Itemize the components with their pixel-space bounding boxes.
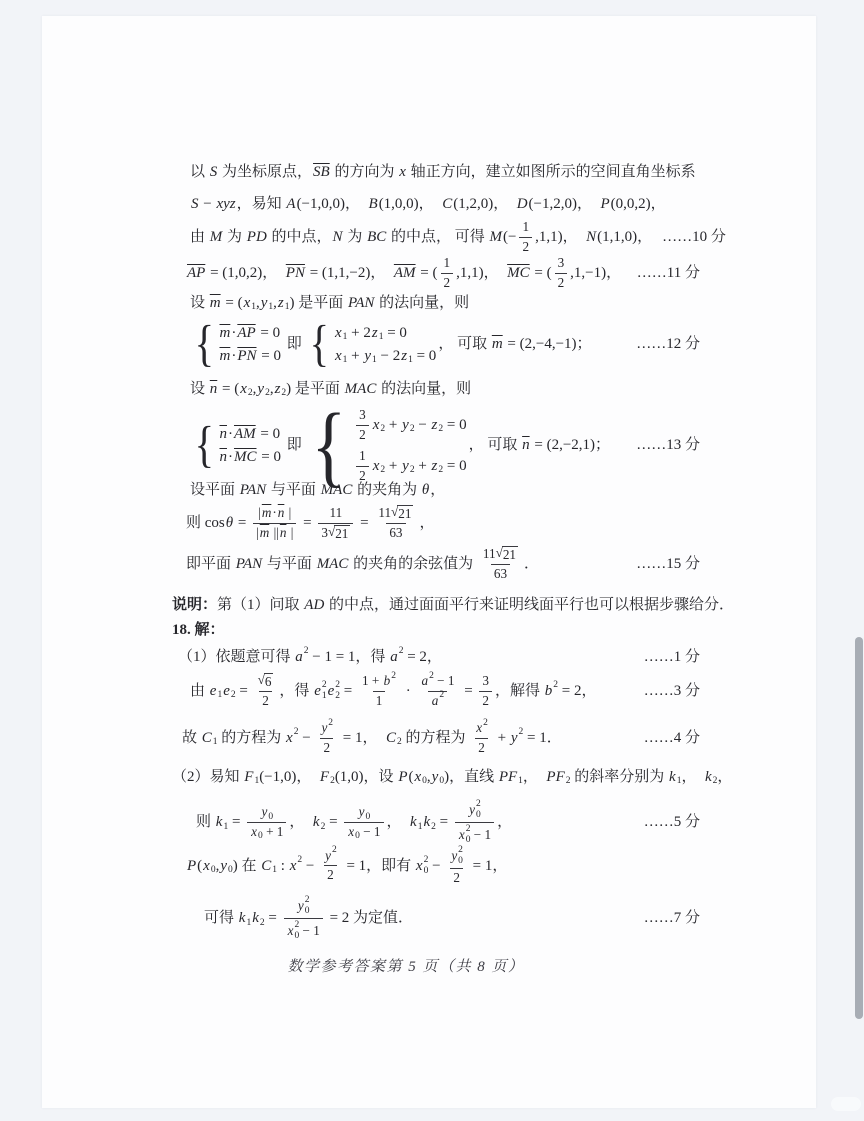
equation-system: {n·AM = 0n·MC = 0: [192, 420, 281, 471]
left-brace: {: [310, 319, 330, 370]
vector-overline: n: [279, 525, 288, 542]
fraction: x22: [472, 719, 491, 757]
vector-overline: MC: [506, 263, 531, 283]
document-viewer: 以 S 为坐标原点，SB 的方向为 x 轴正方向，建立如图所示的空间直角坐标系S…: [0, 0, 864, 1121]
left-brace: {: [194, 420, 214, 471]
vector-overline: m: [491, 334, 504, 354]
square-root: √21: [328, 525, 350, 542]
page-footer: 数学参考答案第 5 页（共 8 页）: [242, 955, 570, 976]
line-normal-n-setup: 设 n = (x2,y2,z2) 是平面 MAC 的法向量，则: [190, 379, 700, 399]
vector-overline: n: [209, 379, 219, 399]
vector-overline: m: [261, 505, 273, 522]
line-cos-theta: 则 cosθ = |m·n ||m ||n | = 113√21 = 11√21…: [186, 504, 700, 542]
fraction: |m·n ||m ||n |: [253, 504, 296, 542]
equation-system: {m·AP = 0m·PN = 0: [192, 319, 281, 370]
fraction: 32: [479, 672, 492, 710]
line-angle-setup: 设平面 PAN 与平面 MAC 的夹角为 θ，: [190, 480, 700, 500]
score-marker: ……3 分: [634, 681, 700, 701]
line-18-2-slopes: 则 k1 = y0x0 + 1， k2 = y0x0 − 1， k1k2 = y…: [196, 798, 700, 847]
left-brace: {: [194, 319, 214, 370]
score-marker: ……1 分: [634, 647, 700, 667]
line-problem-18: 18. 解：: [172, 620, 700, 640]
vector-overline: n: [521, 435, 531, 455]
score-marker: ……4 分: [634, 728, 700, 748]
line-vectors: AP = (1,0,2)， PN = (1,1,−2)， AM = (12,1,…: [186, 254, 700, 292]
square-root: √21: [496, 546, 518, 563]
fraction: y202: [447, 844, 466, 887]
line-18-1-equations: 故 C1 的方程为 x2 − y22 = 1， C2 的方程为 x22 + y2…: [182, 719, 700, 757]
fraction: 11√2163: [375, 504, 416, 542]
line-18-1-e1e2: 由 e1e2 = √62，得 e21e22 = 1 + b21 · a2 − 1…: [190, 672, 700, 710]
vector-overline: n: [218, 424, 228, 444]
square-root: √21: [391, 505, 413, 522]
score-marker: ……15 分: [626, 554, 700, 574]
fraction: 1 + b21: [359, 672, 399, 710]
fraction: y22: [317, 719, 336, 757]
vector-overline: AM: [393, 263, 417, 283]
line-remark: 说明：第（1）问取 AD 的中点，通过面面平行来证明线面平行也可以根据步骤给分．: [172, 595, 700, 615]
scrollbar-corner: [831, 1097, 861, 1111]
line-midpoints: 由 M 为 PD 的中点，N 为 BC 的中点， 可得 M(−12,1,1)， …: [190, 218, 700, 256]
score-marker: ……13 分: [626, 435, 700, 455]
vector-overline: AM: [233, 424, 257, 444]
line-18-2-constant: 可得 k1k2 = y20x20 − 1 = 2 为定值．……7 分: [204, 894, 700, 943]
line-normal-m-system: {m·AP = 0m·PN = 0 即 {x1 + 2z1 = 0x1 + y1…: [190, 319, 700, 370]
line-coord-system: 以 S 为坐标原点，SB 的方向为 x 轴正方向，建立如图所示的空间直角坐标系: [190, 162, 700, 182]
fraction: a2 − 1a2: [417, 672, 457, 710]
line-point-coords: S − xyz，易知 A(−1,0,0)， B(1,0,0)， C(1,2,0)…: [190, 194, 700, 214]
line-normal-n-system: {n·AM = 0n·MC = 0 即 {32x2 + y2 − z2 = 01…: [190, 400, 700, 491]
line-cos-conclusion: 即平面 PAN 与平面 MAC 的夹角的余弦值为 11√2163．……15 分: [186, 545, 700, 583]
fraction: y20x20 − 1: [284, 894, 323, 943]
vector-overline: AP: [186, 263, 206, 283]
fraction: 12: [519, 218, 532, 256]
fraction: 113√21: [318, 504, 353, 542]
vector-overline: m: [218, 346, 231, 366]
square-root: √6: [258, 673, 274, 690]
vector-overline: MC: [233, 447, 258, 467]
vector-overline: PN: [285, 263, 306, 283]
fraction: 11√2163: [480, 545, 521, 583]
fraction: y0x0 − 1: [344, 803, 383, 841]
vertical-scrollbar-thumb[interactable]: [855, 637, 863, 1019]
fraction: y0x0 + 1: [247, 803, 286, 841]
vector-overline: m: [209, 293, 222, 313]
fraction: 12: [441, 254, 454, 292]
vector-overline: n: [277, 505, 286, 522]
vector-overline: PN: [236, 346, 257, 366]
vector-overline: SB: [312, 162, 331, 182]
fraction: y20x20 − 1: [455, 798, 494, 847]
line-18-1-a: （1）依题意可得 a2 − 1 = 1，得 a2 = 2，……1 分: [178, 647, 700, 667]
page: 以 S 为坐标原点，SB 的方向为 x 轴正方向，建立如图所示的空间直角坐标系S…: [42, 16, 816, 1108]
equation-system: {32x2 + y2 − z2 = 012x2 + y2 + z2 = 0: [307, 400, 466, 491]
score-marker: ……12 分: [626, 334, 700, 354]
score-marker: ……5 分: [634, 812, 700, 832]
score-marker: ……10 分: [652, 227, 726, 247]
vector-overline: m: [218, 323, 231, 343]
score-marker: ……7 分: [634, 908, 700, 928]
vector-overline: n: [218, 447, 228, 467]
fraction: 32: [555, 254, 568, 292]
line-18-2-on-curve: P(x0,y0) 在 C1 : x2 − y22 = 1，即有 x20 − y2…: [186, 844, 700, 887]
vector-overline: AP: [236, 323, 256, 343]
fraction: y22: [321, 847, 340, 885]
fraction: √62: [255, 672, 277, 710]
vector-overline: m: [259, 525, 271, 542]
equation-system: {x1 + 2z1 = 0x1 + y1 − 2z1 = 0: [307, 319, 436, 370]
left-brace: {: [312, 400, 347, 491]
line-18-2-foci: （2）易知 F1(−1,0)， F2(1,0)，设 P(x0,y0)，直线 PF…: [172, 767, 700, 787]
line-normal-m-setup: 设 m = (x1,y1,z1) 是平面 PAN 的法向量，则: [190, 293, 700, 313]
fraction: 32: [356, 406, 369, 444]
score-marker: ……11 分: [627, 263, 700, 283]
